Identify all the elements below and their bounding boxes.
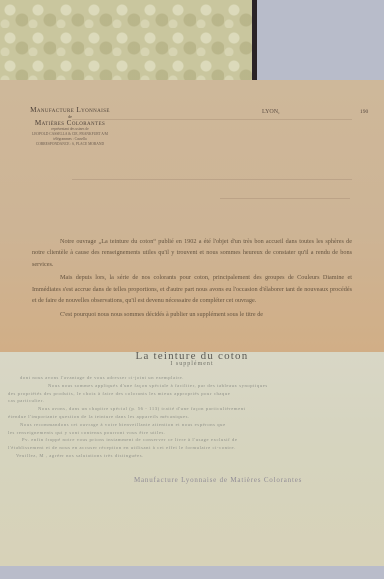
- supplement-line: cas particulier.: [8, 397, 384, 405]
- paragraph: Mais depuis lors, la série de nos colora…: [32, 272, 352, 306]
- supplement-line: étendue l'importante question de la tein…: [8, 413, 384, 421]
- supplement-line: des propriétés des produits, le choix à …: [8, 390, 384, 398]
- supplement-line: Veuillez, M , agréer nos salutations trè…: [8, 452, 384, 460]
- supplement-line: Nous nous sommes appliqués d'une façon s…: [8, 382, 384, 390]
- ruled-line: [72, 119, 352, 120]
- supplement-line: l'établissement et de nous en accuser ré…: [8, 444, 384, 452]
- paragraph: C'est pourquoi nous nous sommes décidés …: [32, 309, 352, 320]
- paragraph: Notre ouvrage „La teinture du coton“ pub…: [32, 236, 352, 270]
- year-label: 190: [360, 109, 368, 115]
- supplement-subtitle: I supplément: [0, 361, 384, 367]
- letterhead: Manufacture Lyonnaise de Matières Colora…: [16, 106, 124, 147]
- supplement-text: dont nous avons l'avantage de vous adres…: [8, 374, 384, 460]
- backdrop-grey-surface: [257, 0, 384, 82]
- supplement-line: Nous avons, dans un chapitre spécial (p.…: [8, 405, 384, 413]
- backdrop-grey-bottom: [0, 566, 384, 579]
- supplement-line: dont nous avons l'avantage de vous adres…: [8, 374, 384, 382]
- supplement-line: les renseignements qui y sont contenus p…: [8, 429, 384, 437]
- signature: Manufacture Lyonnaise de Matières Colora…: [134, 476, 302, 484]
- ruled-line: [72, 179, 352, 180]
- address-line: CORRESPONDANCE : 6, PLACE MORAND: [16, 142, 124, 147]
- supplement-line: Nous recommandons cet ouvrage à votre bi…: [8, 421, 384, 429]
- place-label: LYON,: [262, 109, 280, 115]
- supplement-line: Pv. enfin frappé notre vous prions insta…: [8, 436, 384, 444]
- letter-sheet: Manufacture Lyonnaise de Matières Colora…: [0, 80, 384, 380]
- letter-body: Notre ouvrage „La teinture du coton“ pub…: [32, 236, 352, 323]
- backdrop-patterned-surface: [0, 0, 252, 82]
- supplement-sheet: La teinture du coton I supplément dont n…: [0, 352, 384, 566]
- company-name-line1: Manufacture Lyonnaise: [16, 106, 124, 114]
- company-name-line2: Matières Colorantes: [16, 119, 124, 127]
- ruled-line: [220, 198, 350, 199]
